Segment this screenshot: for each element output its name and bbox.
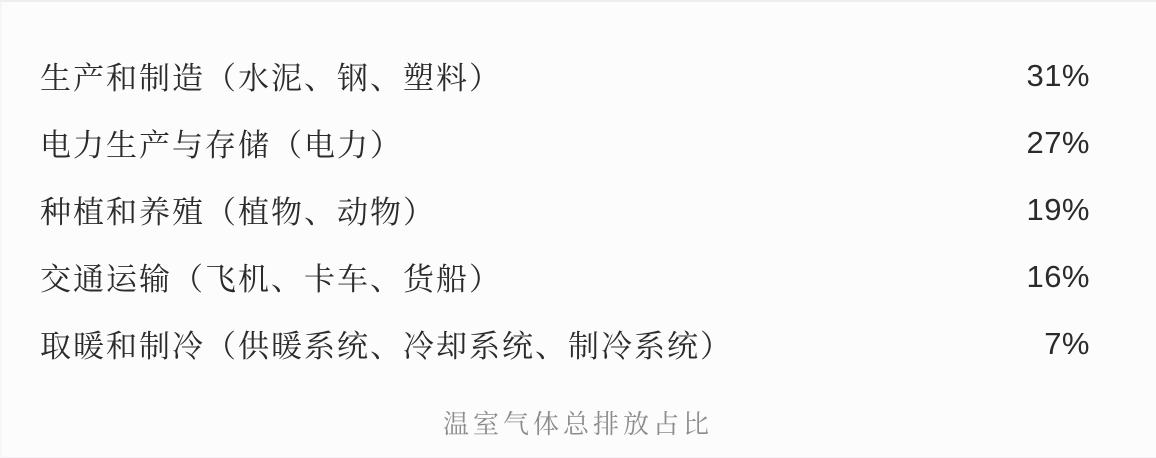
table-row: 交通运输（飞机、卡车、货船） 16% — [40, 243, 1090, 310]
row-value: 27% — [1026, 125, 1090, 161]
row-label: 电力生产与存储（电力） — [40, 120, 403, 165]
slide-canvas: 生产和制造（水泥、钢、塑料） 31% 电力生产与存储（电力） 27% 种植和养殖… — [0, 0, 1156, 458]
row-label: 生产和制造（水泥、钢、塑料） — [40, 53, 502, 98]
table-row: 电力生产与存储（电力） 27% — [40, 109, 1090, 176]
chart-title: 温室气体总排放占比 — [0, 404, 1156, 441]
row-label: 交通运输（飞机、卡车、货船） — [40, 254, 502, 299]
row-value: 19% — [1026, 192, 1090, 228]
table-row: 生产和制造（水泥、钢、塑料） 31% — [40, 42, 1090, 109]
row-value: 7% — [1044, 326, 1090, 362]
table-row: 取暖和制冷（供暖系统、冷却系统、制冷系统） 7% — [40, 310, 1090, 377]
table-row: 种植和养殖（植物、动物） 19% — [40, 176, 1090, 243]
emissions-table: 生产和制造（水泥、钢、塑料） 31% 电力生产与存储（电力） 27% 种植和养殖… — [0, 0, 1156, 377]
row-label: 种植和养殖（植物、动物） — [40, 187, 436, 232]
row-value: 16% — [1026, 259, 1090, 295]
row-value: 31% — [1026, 58, 1090, 94]
row-label: 取暖和制冷（供暖系统、冷却系统、制冷系统） — [40, 321, 733, 366]
